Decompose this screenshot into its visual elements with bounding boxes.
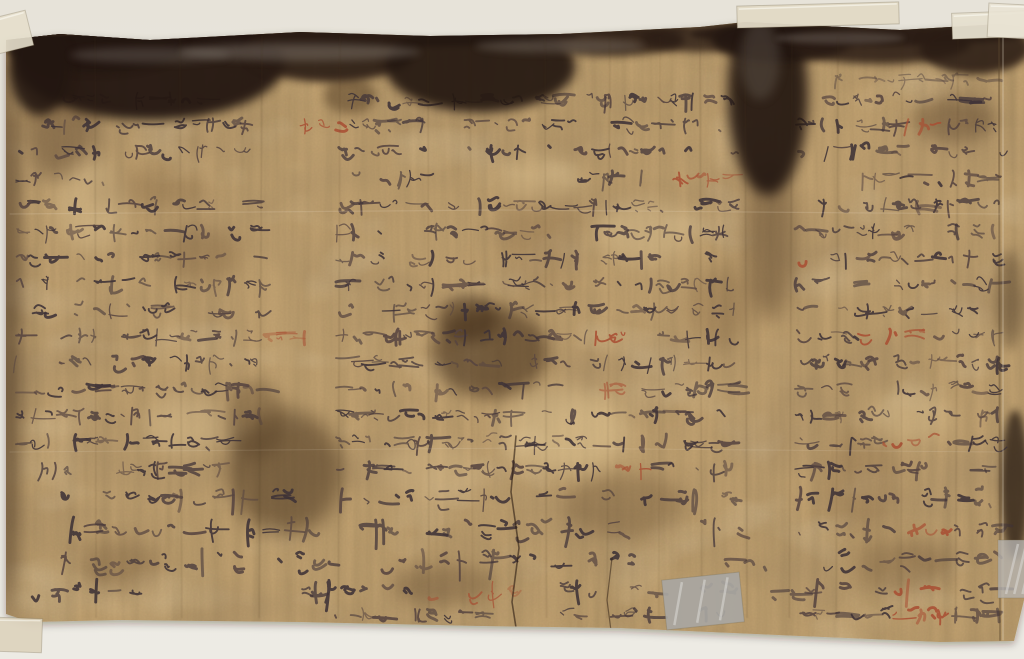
stain-blob (143, 395, 227, 455)
stain-blob (78, 541, 162, 589)
cream-tape-piece (987, 3, 1024, 39)
sheen-highlight (740, 20, 780, 100)
crease-line (901, 36, 902, 618)
sheen-highlight (70, 47, 230, 63)
stain-blob (393, 565, 497, 605)
cream-tape-piece (0, 617, 43, 653)
stain-blob (56, 159, 128, 251)
silver-tape-piece (998, 540, 1024, 598)
sheen-highlight (475, 39, 645, 53)
stain-blob (853, 539, 957, 591)
resin-stain-blob (385, 20, 575, 112)
stain-blob (563, 473, 687, 537)
papyrus-artwork-svg (0, 0, 1024, 659)
stain-blob (500, 156, 580, 204)
papyrus-photograph (0, 0, 1024, 659)
silver-tape-piece (662, 572, 745, 630)
stain-blob (872, 389, 952, 441)
stain-blob (501, 390, 629, 474)
stain-blob (913, 98, 997, 142)
cream-tape-piece (737, 2, 900, 28)
sheen-highlight (775, 32, 905, 44)
